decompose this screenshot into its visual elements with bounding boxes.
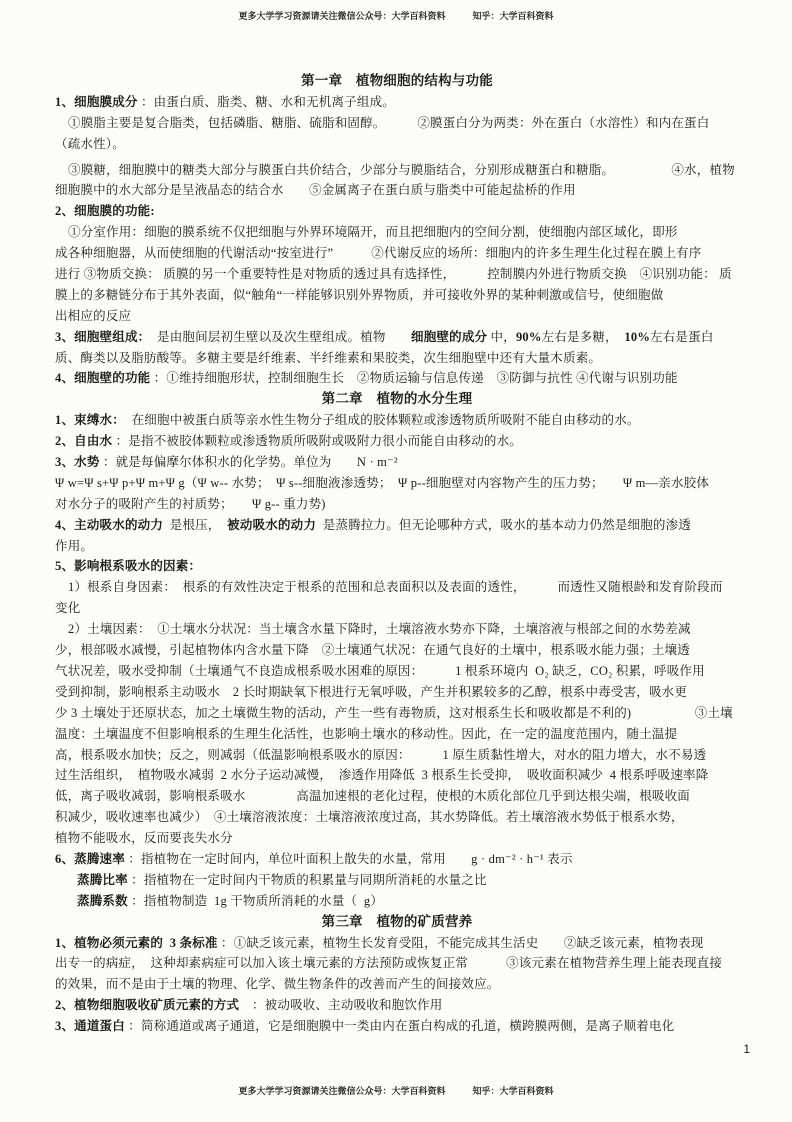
body-text: 过生活组织， 植物吸水减弱 2 水分子运动减慢， 渗透作用降低 3 根系生长受抑… bbox=[55, 768, 708, 782]
body-text: ：指植物制造 1g 干物质所消耗的水量（ g） bbox=[128, 894, 383, 908]
text-line: 3、水势 ：就是每偏摩尔体积水的化学势。单位为 N · m⁻² bbox=[55, 452, 739, 473]
body-text: 的效果，而不是由于土壤的物理、化学、微生物条件的改善而产生的间接效应。 bbox=[55, 977, 500, 991]
text-line: （疏水性）。 bbox=[55, 134, 739, 155]
body-text: ①膜脂主要是复合脂类，包括磷脂、糖脂、硫脂和固醇。 ②膜蛋白分为两类：外在蛋白（… bbox=[68, 116, 709, 130]
text-line: ③膜糖，细胞膜中的糖类大部分与膜蛋白共价结合，少部分与膜脂结合，分别形成糖蛋白和… bbox=[55, 160, 739, 181]
body-text: 对水分子的吸附产生的衬质势； Ψ g-- 重力势) bbox=[55, 497, 326, 511]
text-line: 过生活组织， 植物吸水减弱 2 水分子运动减慢， 渗透作用降低 3 根系生长受抑… bbox=[55, 765, 739, 786]
body-text: 1）根系自身因素： 根系的有效性决定于根系的范围和总表面积以及表面的透性， 而透… bbox=[68, 580, 723, 594]
text-line: 成各种细胞器，从而使细胞的代谢活动“按室进行” ②代谢反应的场所：细胞内的许多生… bbox=[55, 243, 739, 264]
body-text: 低，离子吸收减弱，影响根系吸水 高温加速根的老化过程，使根的木质化部位几乎到达根… bbox=[55, 789, 690, 803]
text-line: 出相应的反应 bbox=[55, 306, 739, 327]
page-number: 1 bbox=[743, 1042, 750, 1056]
text-line: 积减少，吸收速率也减少） ④土壤溶液浓度：土壤溶液浓度过高，其水势降低。若土壤溶… bbox=[55, 807, 739, 828]
body-text: Ψ w=Ψ s+Ψ p+Ψ m+Ψ g（Ψ w-- 水势； Ψ s--细胞液渗透… bbox=[55, 476, 709, 490]
body-text: 积减少，吸收速率也减少） ④土壤溶液浓度：土壤溶液浓度过高，其水势降低。若土壤溶… bbox=[55, 810, 684, 824]
term-text: 10% bbox=[624, 330, 650, 344]
term-text: 1、植物必须元素的 bbox=[55, 936, 163, 950]
chapter-heading: 第二章 植物的水分生理 bbox=[55, 389, 739, 410]
body-text: 受到抑制，影响根系主动吸水 2 长时期缺氧下根进行无氧呼吸，产生并积累较多的乙醇… bbox=[55, 685, 687, 699]
term-text: 5、影响根系吸水的因素： bbox=[55, 559, 201, 573]
body-text: 少 3 土壤处于还原状态，加之土壤微生物的活动，产生一些有毒物质，这对根系生长和… bbox=[55, 706, 733, 720]
page-header: 更多大学学习资源请关注微信公众号：大学百科资料 知乎：大学百科资料 bbox=[0, 9, 792, 22]
body-text: 温度：土壤温度不但影响根系的生理生化活性，也影响土壤水的移动性。因此，在一定的温… bbox=[55, 727, 677, 741]
body-text: 少，根部吸水减慢，引起植物体内含水量下降 ②土壤通气状况：在通气良好的土壤中，根… bbox=[55, 643, 690, 657]
term-text: 2、植物细胞吸收矿质元素的方式 bbox=[55, 998, 239, 1012]
text-line: 少 3 土壤处于还原状态，加之土壤微生物的活动，产生一些有毒物质，这对根系生长和… bbox=[55, 703, 739, 724]
term-text: 2、自由水 bbox=[55, 434, 112, 448]
text-line: 6、蒸腾速率 ：指植物在一定时间内，单位叶面积上散失的水量，常用 g · dm⁻… bbox=[55, 849, 739, 870]
text-line: 3、通道蛋白 ：简称通道或离子通道，它是细胞膜中一类由内在蛋白构成的孔道，横跨膜… bbox=[55, 1016, 739, 1037]
body-text: ③膜糖，细胞膜中的糖类大部分与膜蛋白共价结合，少部分与膜脂结合，分别形成糖蛋白和… bbox=[68, 163, 735, 177]
body-text: 第三章 植物的矿质营养 bbox=[322, 914, 473, 929]
body-text: 出专一的病症， 这种却素病症可以加入该土壤元素的方法预防或恢复正常 ③该元素在植… bbox=[55, 956, 722, 970]
text-line: 细胞膜中的水大部分是呈液晶态的结合水 ⑤金属离子在蛋白质与脂类中可能起盐桥的作用 bbox=[55, 180, 739, 201]
body-text: 2）土壤因素： ①土壤水分状况：当土壤含水量下降时，土壤溶液水势亦下降，土壤溶液… bbox=[68, 622, 691, 636]
text-line: 2）土壤因素： ①土壤水分状况：当土壤含水量下降时，土壤溶液水势亦下降，土壤溶液… bbox=[55, 619, 739, 640]
body-text: 出相应的反应 bbox=[55, 309, 131, 323]
body-text: ：被动吸收、主动吸收和胞饮作用 bbox=[239, 998, 442, 1012]
body-text: 高，根系吸水加快；反之，则减弱（低温影响根系吸水的原因： 1 原生质黏性增大，对… bbox=[55, 748, 706, 762]
term-text: 3、水势 bbox=[55, 455, 100, 469]
text-line: 气状况差，吸水受抑制（土壤通气不良造成根系吸水困难的原因： 1 根系环境内 O₂… bbox=[55, 661, 739, 682]
text-line: 高，根系吸水加快；反之，则减弱（低温影响根系吸水的原因： 1 原生质黏性增大，对… bbox=[55, 745, 739, 766]
body-text: 中， bbox=[487, 330, 516, 344]
term-text: 2、细胞膜的功能: bbox=[55, 204, 155, 218]
body-text: ：由蛋白质、脂类、糖、水和无机离子组成。 bbox=[138, 95, 395, 109]
body-text: （疏水性）。 bbox=[55, 137, 125, 151]
chapter-heading: 第一章 植物细胞的结构与功能 bbox=[55, 71, 739, 92]
text-line: 1、植物必须元素的 3 条标准 ：①缺乏该元素，植物生长发育受阻，不能完成其生活… bbox=[55, 933, 739, 954]
text-line: 对水分子的吸附产生的衬质势； Ψ g-- 重力势) bbox=[55, 494, 739, 515]
body-text: 在细胞中被蛋白质等亲水性生物分子组成的胶体颗粒或渗透物质所吸附不能自由移动的水。 bbox=[125, 413, 640, 427]
term-text: 蒸腾比率 bbox=[77, 873, 128, 887]
body-text: 是由胞间层初生壁以及次生壁组成。植物 bbox=[150, 330, 411, 344]
text-line: 4、细胞壁的功能 ：①维持细胞形状，控制细胞生长 ②物质运输与信息传递 ③防御与… bbox=[55, 368, 739, 389]
text-line: 温度：土壤温度不但影响根系的生理生化活性，也影响土壤水的移动性。因此，在一定的温… bbox=[55, 724, 739, 745]
term-text: 3、通道蛋白 bbox=[55, 1019, 125, 1033]
body-text bbox=[163, 936, 170, 950]
body-text: 作用。 bbox=[55, 539, 93, 553]
body-text: ：简称通道或离子通道，它是细胞膜中一类由内在蛋白构成的孔道，横跨膜两侧，是离子顺… bbox=[125, 1019, 674, 1033]
body-text: 左右是多糖， bbox=[542, 330, 625, 344]
term-text: 1、细胞膜成分 bbox=[55, 95, 138, 109]
text-line: 的效果，而不是由于土壤的物理、化学、微生物条件的改善而产生的间接效应。 bbox=[55, 974, 739, 995]
text-line: 4、主动吸水的动力 是根压， 被动吸水的动力 是蒸腾拉力。但无论哪种方式，吸水的… bbox=[55, 515, 739, 536]
text-line: 2、自由水 ：是指不被胶体颗粒或渗透物质所吸附或吸附力很小而能自由移动的水。 bbox=[55, 431, 739, 452]
text-line: 植物不能吸水，反而要丧失水分 bbox=[55, 828, 739, 849]
text-line: 1）根系自身因素： 根系的有效性决定于根系的范围和总表面积以及表面的透性， 而透… bbox=[55, 577, 739, 598]
body-text: ：①维持细胞形状，控制细胞生长 ②物质运输与信息传递 ③防御与抗性 ④代谢与识别… bbox=[150, 371, 677, 385]
text-line: 蒸腾系数 ：指植物制造 1g 干物质所消耗的水量（ g） bbox=[55, 891, 739, 912]
text-line: 质、酶类以及脂肪酸等。多糖主要是纤维素、半纤维素和果胶类，次生细胞壁中还有大量木… bbox=[55, 348, 739, 369]
body-text: 是蒸腾拉力。但无论哪种方式，吸水的基本动力仍然是细胞的渗透 bbox=[316, 518, 691, 532]
body-text: ：指植物在一定时间内干物质的积累量与同期所消耗的水量之比 bbox=[128, 873, 487, 887]
text-line: 1、束缚水： 在细胞中被蛋白质等亲水性生物分子组成的胶体颗粒或渗透物质所吸附不能… bbox=[55, 410, 739, 431]
text-line: 出专一的病症， 这种却素病症可以加入该土壤元素的方法预防或恢复正常 ③该元素在植… bbox=[55, 953, 739, 974]
body-text: 质、酶类以及脂肪酸等。多糖主要是纤维素、半纤维素和果胶类，次生细胞壁中还有大量木… bbox=[55, 351, 601, 365]
text-line: 2、细胞膜的功能: bbox=[55, 201, 739, 222]
text-line: ①分室作用：细胞的膜系统不仅把细胞与外界环境隔开，而且把细胞内的空间分割，使细胞… bbox=[55, 222, 739, 243]
body-text: ：指植物在一定时间内，单位叶面积上散失的水量，常用 g · dm⁻² · h⁻¹… bbox=[125, 852, 573, 866]
term-text: 3、细胞壁组成： bbox=[55, 330, 150, 344]
term-text: 被动吸水的动力 bbox=[227, 518, 316, 532]
term-text: 蒸腾系数 bbox=[77, 894, 128, 908]
body-text: ：是指不被胶体颗粒或渗透物质所吸附或吸附力很小而能自由移动的水。 bbox=[112, 434, 522, 448]
document-page: 更多大学学习资源请关注微信公众号：大学百科资料 知乎：大学百科资料 第一章 植物… bbox=[0, 0, 792, 1122]
text-line: ①膜脂主要是复合脂类，包括磷脂、糖脂、硫脂和固醇。 ②膜蛋白分为两类：外在蛋白（… bbox=[55, 113, 739, 134]
term-text: 1、束缚水： bbox=[55, 413, 125, 427]
text-line: 作用。 bbox=[55, 536, 739, 557]
body-text: 是根压， bbox=[163, 518, 227, 532]
body-text: 变化 bbox=[55, 601, 80, 615]
text-line: Ψ w=Ψ s+Ψ p+Ψ m+Ψ g（Ψ w-- 水势； Ψ s--细胞液渗透… bbox=[55, 473, 739, 494]
body-text: ：①缺乏该元素，植物生长发育受阻，不能完成其生活史 ②缺乏该元素，植物表现 bbox=[218, 936, 704, 950]
text-line: 2、植物细胞吸收矿质元素的方式 ：被动吸收、主动吸收和胞饮作用 bbox=[55, 995, 739, 1016]
term-text: 4、细胞壁的功能 bbox=[55, 371, 150, 385]
body-text: 进行 ③物质交换： 质膜的另一个重要特性是对物质的透过具有选择性， 控制膜内外进… bbox=[55, 267, 732, 281]
page-footer: 更多大学学习资源请关注微信公众号：大学百科资料 知乎：大学百科资料 bbox=[0, 1084, 792, 1097]
text-line: 变化 bbox=[55, 598, 739, 619]
text-line: 3、细胞壁组成： 是由胞间层初生壁以及次生壁组成。植物 细胞壁的成分 中，90%… bbox=[55, 327, 739, 348]
term-text: 6、蒸腾速率 bbox=[55, 852, 125, 866]
text-line: 进行 ③物质交换： 质膜的另一个重要特性是对物质的透过具有选择性， 控制膜内外进… bbox=[55, 264, 739, 285]
term-text: 3 条标准 bbox=[170, 936, 218, 950]
body-text: ：就是每偏摩尔体积水的化学势。单位为 N · m⁻² bbox=[100, 455, 398, 469]
body-text: 植物不能吸水，反而要丧失水分 bbox=[55, 831, 233, 845]
chapter-heading: 第三章 植物的矿质营养 bbox=[55, 912, 739, 933]
text-line: 少，根部吸水减慢，引起植物体内含水量下降 ②土壤通气状况：在通气良好的土壤中，根… bbox=[55, 640, 739, 661]
body-text: 第二章 植物的水分生理 bbox=[322, 391, 473, 406]
term-text: 细胞壁的成分 bbox=[411, 330, 487, 344]
body-text: 膜上的多糖链分布于其外表面，似“触角“一样能够识别外界物质，并可接收外界的某种刺… bbox=[55, 288, 663, 302]
text-line: 膜上的多糖链分布于其外表面，似“触角“一样能够识别外界物质，并可接收外界的某种刺… bbox=[55, 285, 739, 306]
text-line: 蒸腾比率 ：指植物在一定时间内干物质的积累量与同期所消耗的水量之比 bbox=[55, 870, 739, 891]
body-text: 气状况差，吸水受抑制（土壤通气不良造成根系吸水困难的原因： 1 根系环境内 O₂… bbox=[55, 664, 705, 678]
text-line: 受到抑制，影响根系主动吸水 2 长时期缺氧下根进行无氧呼吸，产生并积累较多的乙醇… bbox=[55, 682, 739, 703]
document-body: 第一章 植物细胞的结构与功能1、细胞膜成分 ：由蛋白质、脂类、糖、水和无机离子组… bbox=[55, 71, 739, 1037]
body-text: 左右是蛋白 bbox=[650, 330, 714, 344]
text-line: 低，离子吸收减弱，影响根系吸水 高温加速根的老化过程，使根的木质化部位几乎到达根… bbox=[55, 786, 739, 807]
body-text: ①分室作用：细胞的膜系统不仅把细胞与外界环境隔开，而且把细胞内的空间分割，使细胞… bbox=[68, 225, 678, 239]
text-line: 1、细胞膜成分 ：由蛋白质、脂类、糖、水和无机离子组成。 bbox=[55, 92, 739, 113]
term-text: 90% bbox=[516, 330, 542, 344]
body-text: 细胞膜中的水大部分是呈液晶态的结合水 ⑤金属离子在蛋白质与脂类中可能起盐桥的作用 bbox=[55, 183, 576, 197]
text-line: 5、影响根系吸水的因素： bbox=[55, 556, 739, 577]
body-text: 成各种细胞器，从而使细胞的代谢活动“按室进行” ②代谢反应的场所：细胞内的许多生… bbox=[55, 246, 702, 260]
body-text: 第一章 植物细胞的结构与功能 bbox=[301, 73, 493, 88]
term-text: 4、主动吸水的动力 bbox=[55, 518, 163, 532]
